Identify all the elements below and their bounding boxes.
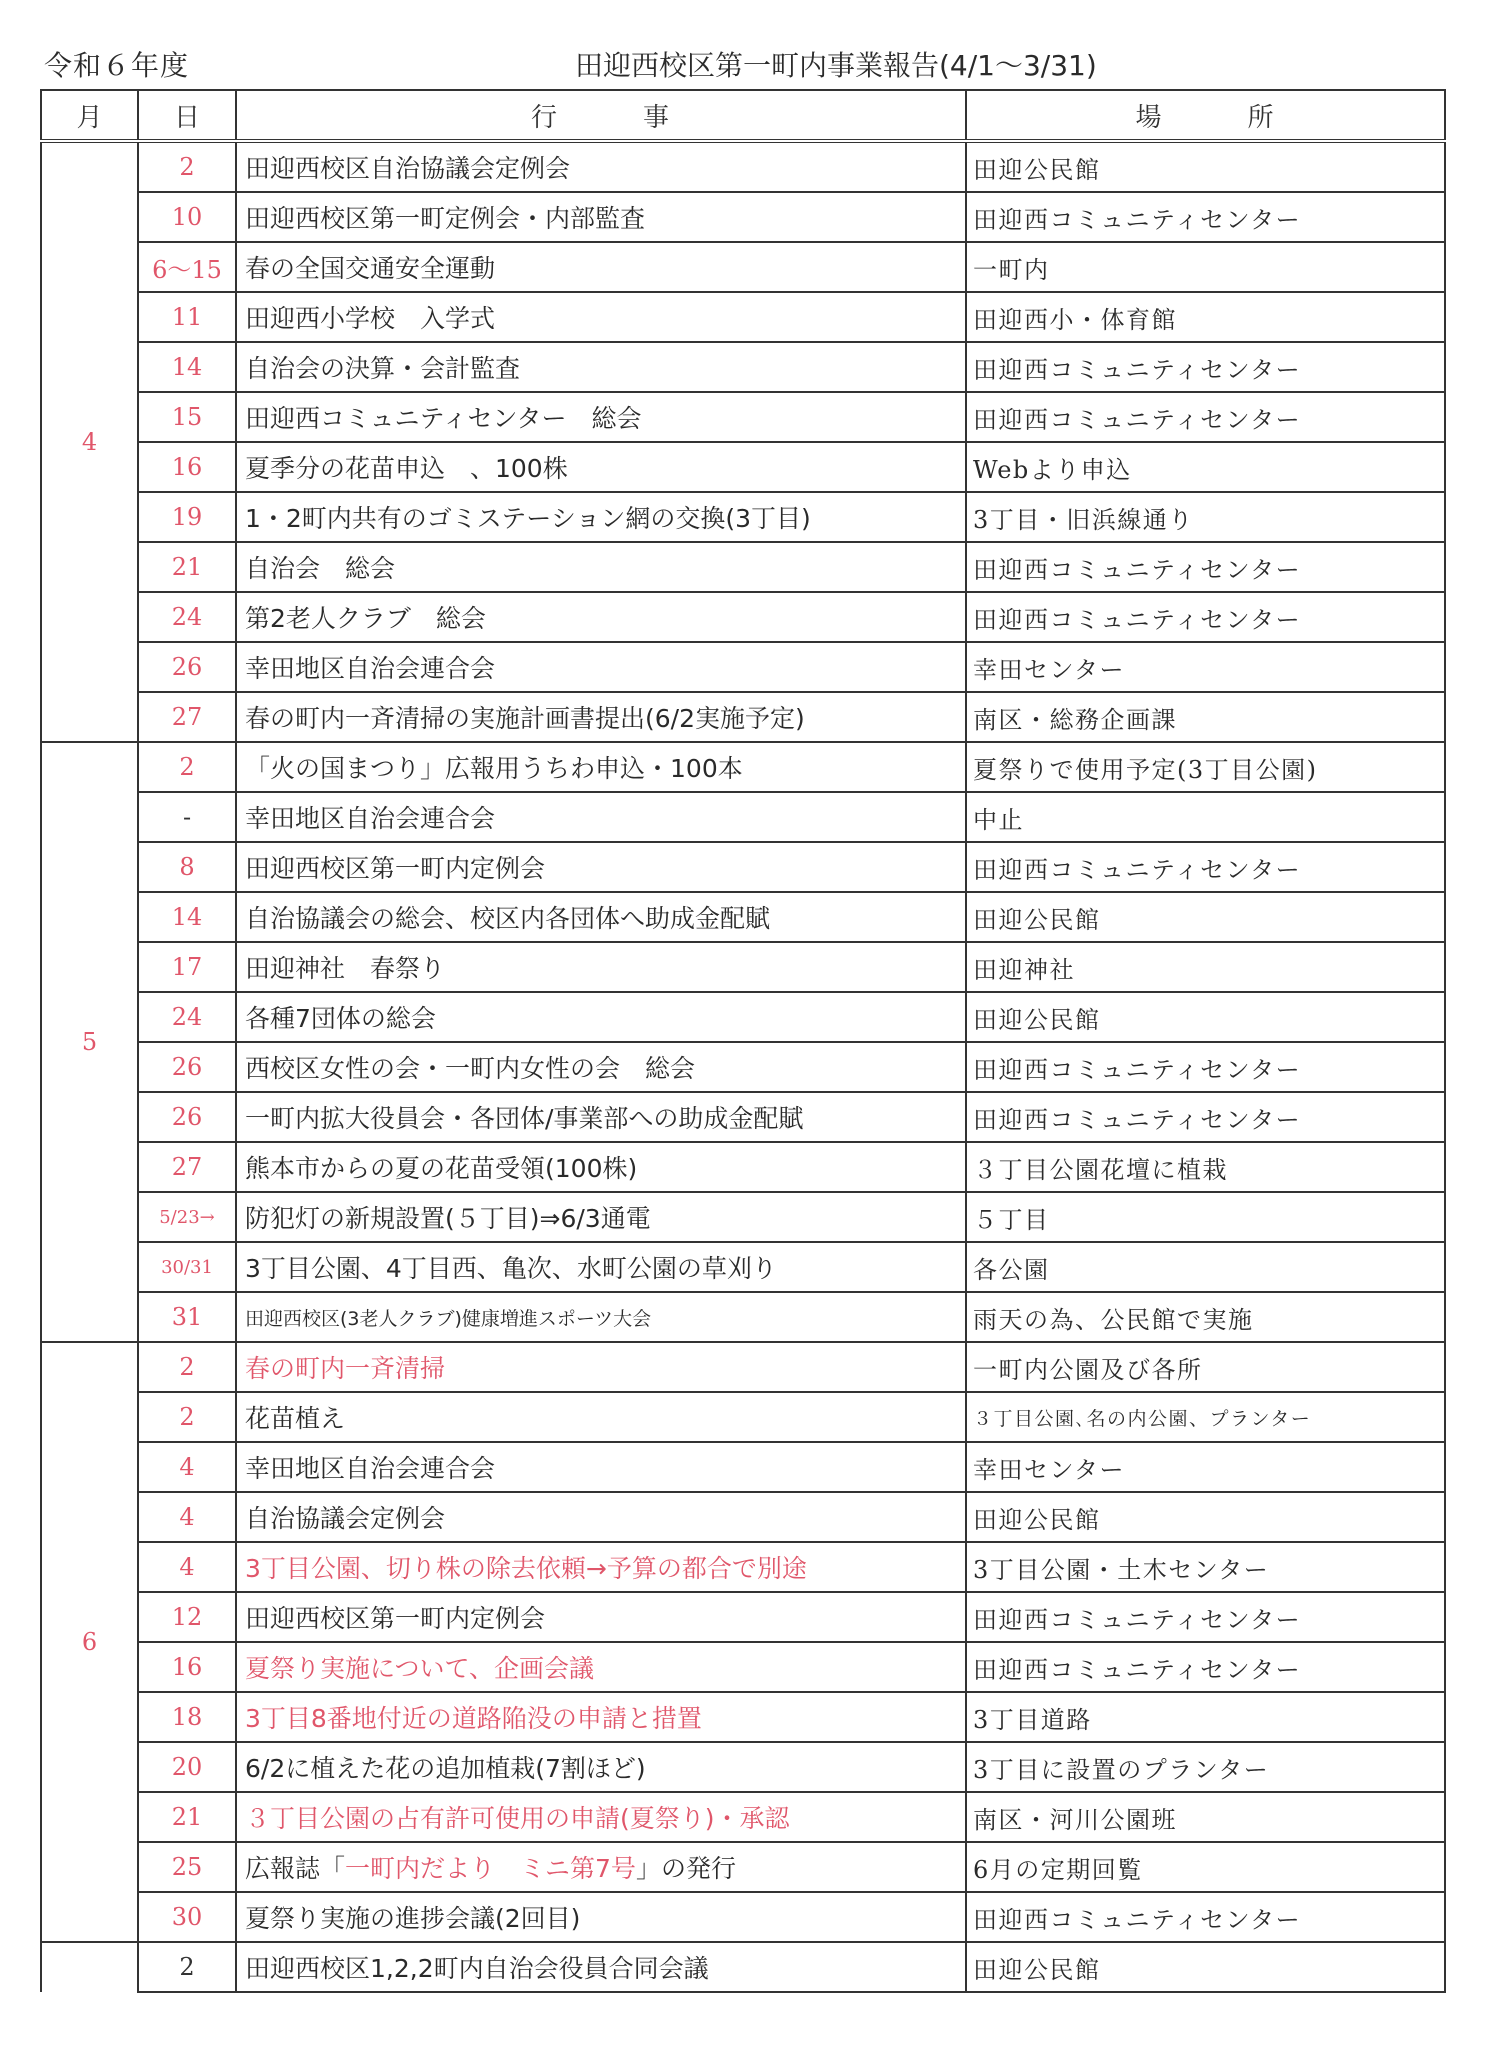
event-cell: 各種7団体の総会	[236, 992, 966, 1042]
table-row: 183丁目8番地付近の道路陥没の申請と措置3丁目道路	[41, 1692, 1445, 1742]
table-row: 16夏季分の花苗申込 、100株Webより申込	[41, 442, 1445, 492]
day-cell: 31	[138, 1292, 236, 1342]
table-row: 27春の町内一斉清掃の実施計画書提出(6/2実施予定)南区・総務企画課	[41, 692, 1445, 742]
day-cell: 26	[138, 1092, 236, 1142]
event-cell: 田迎西校区(3老人クラブ)健康増進スポーツ大会	[236, 1292, 966, 1342]
place-cell: 田迎西コミュニティセンター	[966, 592, 1445, 642]
day-cell: 19	[138, 492, 236, 542]
table-row: 24各種7団体の総会田迎公民館	[41, 992, 1445, 1042]
table-row: 21自治会 総会田迎西コミュニティセンター	[41, 542, 1445, 592]
event-cell: 田迎西校区第一町内定例会	[236, 1592, 966, 1642]
table-row: 27熊本市からの夏の花苗受領(100株)３丁目公園花壇に植栽	[41, 1142, 1445, 1192]
place-cell: 田迎西コミュニティセンター	[966, 192, 1445, 242]
table-row: 4 2 田迎西校区自治協議会定例会 田迎公民館	[41, 141, 1445, 192]
table-row: 15田迎西コミュニティセンター 総会田迎西コミュニティセンター	[41, 392, 1445, 442]
event-cell: 1・2町内共有のゴミステーション網の交換(3丁目)	[236, 492, 966, 542]
day-cell: 21	[138, 1792, 236, 1842]
table-row: 11田迎西小学校 入学式田迎西小・体育館	[41, 292, 1445, 342]
day-cell: 4	[138, 1442, 236, 1492]
place-cell: 田迎西コミュニティセンター	[966, 1042, 1445, 1092]
event-cell: 田迎西校区1,2,2町内自治会役員合同会議	[236, 1942, 966, 1992]
day-cell: 2	[138, 742, 236, 792]
table-header-row: 月 日 行 事 場 所	[41, 90, 1445, 141]
event-cell: ３丁目公園の占有許可使用の申請(夏祭り)・承認	[236, 1792, 966, 1842]
table-row: 5 2 「火の国まつり」広報用うちわ申込・100本 夏祭りで使用予定(3丁目公園…	[41, 742, 1445, 792]
day-cell: 8	[138, 842, 236, 892]
place-cell: 田迎西コミュニティセンター	[966, 392, 1445, 442]
day-cell: 2	[138, 1942, 236, 1992]
column-header-month: 月	[41, 90, 138, 141]
table-row: 5/23→防犯灯の新規設置(５丁目)⇒6/3通電５丁目	[41, 1192, 1445, 1242]
event-cell: 田迎西小学校 入学式	[236, 292, 966, 342]
place-cell: 田迎公民館	[966, 1492, 1445, 1542]
event-cell: 広報誌「一町内だより ミニ第7号」の発行	[236, 1842, 966, 1892]
table-row: 4自治協議会定例会田迎公民館	[41, 1492, 1445, 1542]
month-cell-june: 6	[41, 1342, 138, 1942]
place-cell: 南区・河川公園班	[966, 1792, 1445, 1842]
table-row: 10田迎西校区第一町定例会・内部監査田迎西コミュニティセンター	[41, 192, 1445, 242]
day-cell: 2	[138, 141, 236, 192]
month-cell-april: 4	[41, 141, 138, 742]
place-cell: 田迎西コミュニティセンター	[966, 542, 1445, 592]
day-cell: 16	[138, 1642, 236, 1692]
column-header-event: 行 事	[236, 90, 966, 141]
day-cell: 20	[138, 1742, 236, 1792]
table-row: 30/313丁目公園、4丁目西、亀次、水町公園の草刈り各公園	[41, 1242, 1445, 1292]
table-row: 21３丁目公園の占有許可使用の申請(夏祭り)・承認南区・河川公園班	[41, 1792, 1445, 1842]
place-cell: 田迎公民館	[966, 892, 1445, 942]
event-cell: 第2老人クラブ 総会	[236, 592, 966, 642]
table-row: 26幸田地区自治会連合会幸田センター	[41, 642, 1445, 692]
table-row: 12田迎西校区第一町内定例会田迎西コミュニティセンター	[41, 1592, 1445, 1642]
table-row: 43丁目公園、切り株の除去依頼→予算の都合で別途3丁目公園・土木センター	[41, 1542, 1445, 1592]
day-cell: 24	[138, 992, 236, 1042]
place-cell: 田迎公民館	[966, 141, 1445, 192]
event-cell: 幸田地区自治会連合会	[236, 1442, 966, 1492]
event-cell: 田迎西コミュニティセンター 総会	[236, 392, 966, 442]
place-cell: 6月の定期回覧	[966, 1842, 1445, 1892]
event-cell: 夏祭り実施の進捗会議(2回目)	[236, 1892, 966, 1942]
table-row: 8田迎西校区第一町内定例会田迎西コミュニティセンター	[41, 842, 1445, 892]
place-cell: 田迎西小・体育館	[966, 292, 1445, 342]
event-cell: 春の町内一斉清掃の実施計画書提出(6/2実施予定)	[236, 692, 966, 742]
day-cell: 24	[138, 592, 236, 642]
place-cell: 田迎神社	[966, 942, 1445, 992]
document-header: 令和６年度 田迎西校区第一町内事業報告(4/1～3/31)	[0, 44, 1493, 84]
newsletter-name: 一町内だより ミニ第7号	[345, 1854, 636, 1883]
place-cell: 田迎公民館	[966, 992, 1445, 1042]
table-row: 4幸田地区自治会連合会幸田センター	[41, 1442, 1445, 1492]
event-prefix: 広報誌「	[245, 1854, 345, 1883]
event-cell: 春の町内一斉清掃	[236, 1342, 966, 1392]
day-cell: 2	[138, 1342, 236, 1392]
place-cell: 田迎西コミュニティセンター	[966, 1642, 1445, 1692]
table-row: 6～15春の全国交通安全運動一町内	[41, 242, 1445, 292]
event-cell: 6/2に植えた花の追加植栽(7割ほど)	[236, 1742, 966, 1792]
day-cell: 2	[138, 1392, 236, 1442]
place-cell: 幸田センター	[966, 642, 1445, 692]
month-cell-may: 5	[41, 742, 138, 1342]
event-cell: 熊本市からの夏の花苗受領(100株)	[236, 1142, 966, 1192]
event-cell: 自治会 総会	[236, 542, 966, 592]
place-cell: Webより申込	[966, 442, 1445, 492]
event-cell: 西校区女性の会・一町内女性の会 総会	[236, 1042, 966, 1092]
event-cell: 自治協議会定例会	[236, 1492, 966, 1542]
event-cell: 田迎西校区第一町定例会・内部監査	[236, 192, 966, 242]
place-cell: 中止	[966, 792, 1445, 842]
table-row: 14自治会の決算・会計監査田迎西コミュニティセンター	[41, 342, 1445, 392]
table-row: 14自治協議会の総会、校区内各団体へ助成金配賦田迎公民館	[41, 892, 1445, 942]
place-cell: 各公園	[966, 1242, 1445, 1292]
fiscal-year: 令和６年度	[44, 44, 189, 84]
place-cell: 一町内	[966, 242, 1445, 292]
table-row: 26西校区女性の会・一町内女性の会 総会田迎西コミュニティセンター	[41, 1042, 1445, 1092]
event-suffix: 」の発行	[636, 1854, 736, 1883]
day-cell: 30	[138, 1892, 236, 1942]
month-cell-july	[41, 1942, 138, 1992]
day-cell: 10	[138, 192, 236, 242]
place-cell: 3丁目道路	[966, 1692, 1445, 1742]
table-row: -幸田地区自治会連合会中止	[41, 792, 1445, 842]
june-section: 6 2 春の町内一斉清掃 一町内公園及び各所 2花苗植え３丁目公園､名の内公園、…	[41, 1342, 1445, 1942]
place-cell: 田迎西コミュニティセンター	[966, 342, 1445, 392]
day-cell: 4	[138, 1542, 236, 1592]
day-cell: 5/23→	[138, 1192, 236, 1242]
day-cell: 11	[138, 292, 236, 342]
place-cell: 田迎西コミュニティセンター	[966, 842, 1445, 892]
day-cell: 14	[138, 342, 236, 392]
event-cell: 花苗植え	[236, 1392, 966, 1442]
table-row: 17田迎神社 春祭り田迎神社	[41, 942, 1445, 992]
place-cell: ５丁目	[966, 1192, 1445, 1242]
place-cell: 3丁目公園・土木センター	[966, 1542, 1445, 1592]
day-cell: 30/31	[138, 1242, 236, 1292]
event-cell: 田迎西校区第一町内定例会	[236, 842, 966, 892]
table-row: 31田迎西校区(3老人クラブ)健康増進スポーツ大会雨天の為、公民館で実施	[41, 1292, 1445, 1342]
table-row: 16夏祭り実施について、企画会議田迎西コミュニティセンター	[41, 1642, 1445, 1692]
place-cell: ３丁目公園､名の内公園、プランター	[966, 1392, 1445, 1442]
event-report-table: 月 日 行 事 場 所 4 2 田迎西校区自治協議会定例会 田迎公民館 10田迎…	[40, 89, 1446, 1993]
table-row: 2花苗植え３丁目公園､名の内公園、プランター	[41, 1392, 1445, 1442]
event-cell: 一町内拡大役員会・各団体/事業部への助成金配賦	[236, 1092, 966, 1142]
event-cell: 夏祭り実施について、企画会議	[236, 1642, 966, 1692]
table-row: 24第2老人クラブ 総会田迎西コミュニティセンター	[41, 592, 1445, 642]
event-cell: 防犯灯の新規設置(５丁目)⇒6/3通電	[236, 1192, 966, 1242]
event-cell: 夏季分の花苗申込 、100株	[236, 442, 966, 492]
document-title: 田迎西校区第一町内事業報告(4/1～3/31)	[575, 44, 1097, 84]
day-cell: 26	[138, 1042, 236, 1092]
place-cell: 雨天の為、公民館で実施	[966, 1292, 1445, 1342]
place-cell: 3丁目・旧浜線通り	[966, 492, 1445, 542]
table-row: 191・2町内共有のゴミステーション網の交換(3丁目)3丁目・旧浜線通り	[41, 492, 1445, 542]
table-row: 206/2に植えた花の追加植栽(7割ほど)3丁目に設置のプランター	[41, 1742, 1445, 1792]
event-cell: 3丁目公園、切り株の除去依頼→予算の都合で別途	[236, 1542, 966, 1592]
day-cell: -	[138, 792, 236, 842]
day-cell: 16	[138, 442, 236, 492]
event-cell: 春の全国交通安全運動	[236, 242, 966, 292]
place-cell: 幸田センター	[966, 1442, 1445, 1492]
place-cell: 南区・総務企画課	[966, 692, 1445, 742]
event-cell: 幸田地区自治会連合会	[236, 642, 966, 692]
day-cell: 18	[138, 1692, 236, 1742]
column-header-day: 日	[138, 90, 236, 141]
event-cell: 幸田地区自治会連合会	[236, 792, 966, 842]
day-cell: 12	[138, 1592, 236, 1642]
day-cell: 27	[138, 692, 236, 742]
event-cell: 3丁目公園、4丁目西、亀次、水町公園の草刈り	[236, 1242, 966, 1292]
place-cell: 田迎公民館	[966, 1942, 1445, 1992]
place-cell: 田迎西コミュニティセンター	[966, 1092, 1445, 1142]
table-row: 30夏祭り実施の進捗会議(2回目)田迎西コミュニティセンター	[41, 1892, 1445, 1942]
april-section: 4 2 田迎西校区自治協議会定例会 田迎公民館 10田迎西校区第一町定例会・内部…	[41, 141, 1445, 742]
event-cell: 自治会の決算・会計監査	[236, 342, 966, 392]
place-cell: 一町内公園及び各所	[966, 1342, 1445, 1392]
day-cell: 4	[138, 1492, 236, 1542]
column-header-place: 場 所	[966, 90, 1445, 141]
may-section: 5 2 「火の国まつり」広報用うちわ申込・100本 夏祭りで使用予定(3丁目公園…	[41, 742, 1445, 1342]
table-row: 26一町内拡大役員会・各団体/事業部への助成金配賦田迎西コミュニティセンター	[41, 1092, 1445, 1142]
place-cell: 夏祭りで使用予定(3丁目公園)	[966, 742, 1445, 792]
july-section: 2 田迎西校区1,2,2町内自治会役員合同会議 田迎公民館	[41, 1942, 1445, 1992]
event-cell: 田迎西校区自治協議会定例会	[236, 141, 966, 192]
day-cell: 6～15	[138, 242, 236, 292]
day-cell: 25	[138, 1842, 236, 1892]
day-cell: 17	[138, 942, 236, 992]
place-cell: 田迎西コミュニティセンター	[966, 1592, 1445, 1642]
table-row: 6 2 春の町内一斉清掃 一町内公園及び各所	[41, 1342, 1445, 1392]
day-cell: 27	[138, 1142, 236, 1192]
place-cell: ３丁目公園花壇に植栽	[966, 1142, 1445, 1192]
event-cell: 田迎神社 春祭り	[236, 942, 966, 992]
table-row: 25広報誌「一町内だより ミニ第7号」の発行6月の定期回覧	[41, 1842, 1445, 1892]
day-cell: 26	[138, 642, 236, 692]
table-row: 2 田迎西校区1,2,2町内自治会役員合同会議 田迎公民館	[41, 1942, 1445, 1992]
place-cell: 田迎西コミュニティセンター	[966, 1892, 1445, 1942]
day-cell: 21	[138, 542, 236, 592]
event-cell: 「火の国まつり」広報用うちわ申込・100本	[236, 742, 966, 792]
day-cell: 14	[138, 892, 236, 942]
day-cell: 15	[138, 392, 236, 442]
place-cell: 3丁目に設置のプランター	[966, 1742, 1445, 1792]
event-cell: 3丁目8番地付近の道路陥没の申請と措置	[236, 1692, 966, 1742]
event-cell: 自治協議会の総会、校区内各団体へ助成金配賦	[236, 892, 966, 942]
